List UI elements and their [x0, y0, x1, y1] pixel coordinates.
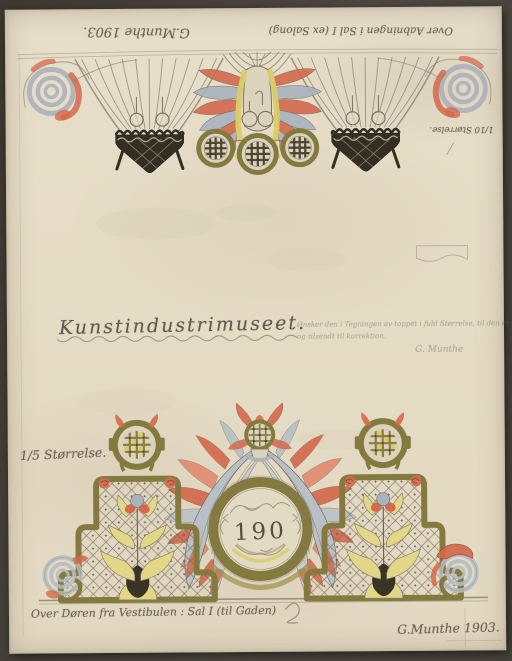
scan-backdrop: { "sheet": { "top": { "signature": "G.Mu… — [0, 0, 512, 661]
panel-plant-motif — [100, 494, 175, 600]
side-panel-right — [306, 412, 461, 599]
drawing-sheet: 190 — [5, 6, 506, 653]
flame-wreath-left — [164, 420, 260, 595]
top-signature: G.Munthe 1903. — [60, 22, 190, 40]
pomegranate-finial — [228, 403, 292, 460]
molding-profile-sketch — [416, 246, 467, 262]
top-scale-label: 1/10 Størrelse. — [430, 123, 494, 134]
side-panel-left — [60, 413, 215, 600]
baseline — [39, 597, 488, 600]
top-frieze-drawing — [17, 48, 498, 177]
bottom-overdoor-drawing: 190 — [38, 401, 489, 624]
corner-scroll-top-left — [23, 60, 137, 123]
scale-slash-mark — [447, 143, 454, 155]
lattice-roundel — [199, 131, 233, 165]
central-medallion: 190 — [207, 476, 314, 583]
pencil-flourish — [285, 603, 299, 623]
panel-rosette — [109, 414, 165, 471]
pencil-note-line1: Ønsker den i Tegningen av toppet i fuld … — [297, 319, 510, 329]
bottom-signature: G.Munthe 1903. — [397, 619, 500, 637]
pendant-motif-right — [291, 57, 440, 176]
bottom-scale-label: 1/5 Størrelse. — [20, 445, 107, 464]
frieze-top-lines — [17, 48, 497, 58]
margin-line-left — [19, 56, 23, 638]
cartouche-scrolls — [220, 502, 300, 555]
flame-wreath-right — [261, 419, 357, 594]
center-crest-motif — [193, 52, 322, 173]
top-caption: Over Aabningen i Sal I (ex Salong) — [253, 23, 453, 36]
pencil-note-line2: og tilsendt til korrektion. — [297, 332, 386, 341]
bottom-caption: Over Døren fra Vestibulen : Sal I (til G… — [31, 604, 276, 622]
pencil-note-signature: G. Munthe — [415, 345, 463, 357]
page-title: Kunstindustrimuseet. — [59, 312, 307, 341]
end-scroll-right — [433, 544, 477, 598]
pendant-motif-left — [75, 58, 224, 177]
end-scroll-left — [45, 555, 89, 600]
corner-scroll-top-right — [377, 57, 491, 120]
medallion-number: 190 — [233, 518, 287, 546]
